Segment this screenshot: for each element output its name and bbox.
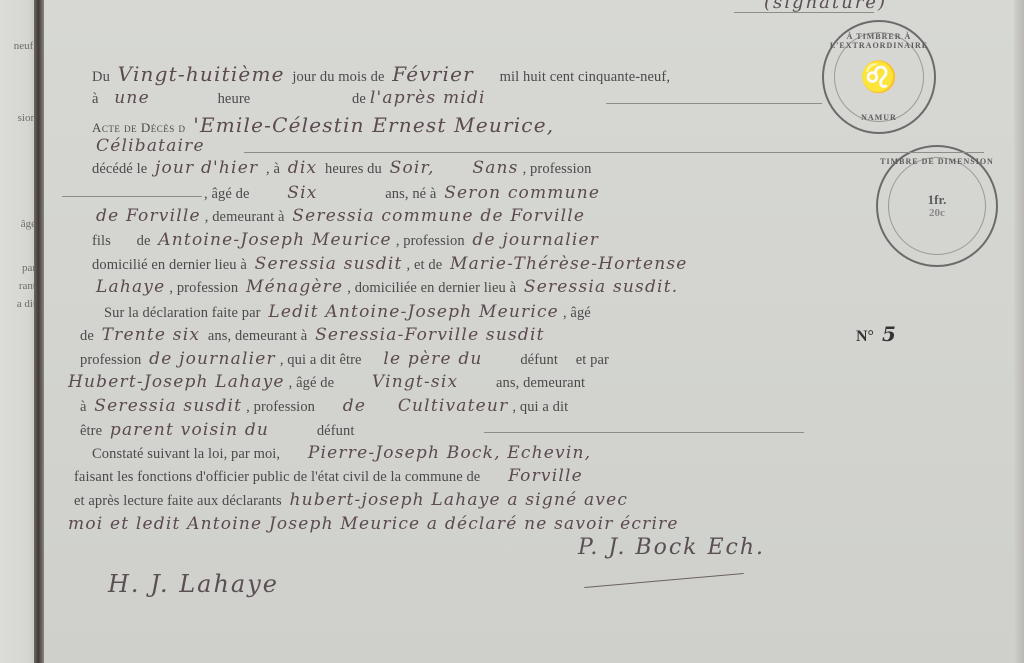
handwritten-declarant-name: Ledit Antoine-Joseph Meurice — [264, 302, 563, 322]
top-signature: (signature) — [764, 0, 887, 13]
line-officer-role: faisant les fonctions d'officier public … — [74, 466, 587, 486]
dimension-stamp: TIMBRE DE DIMENSION 1fr. 20c — [876, 145, 998, 267]
handwritten-hour: une — [110, 88, 154, 108]
handwritten-period: l'après midi — [366, 88, 490, 108]
death-certificate-page: (signature) À TIMBRER À L'EXTRAORDINAIRE… — [44, 0, 1014, 663]
line-witness: Hubert-Joseph Lahaye, âgé de Vingt-six a… — [64, 372, 585, 392]
line-time: à une heure del'après midi — [92, 88, 490, 108]
notary-stamp: À TIMBRER À L'EXTRAORDINAIRE ♌ NAMUR — [822, 20, 936, 134]
line-declarant-age: de Trente six ans, demeurant à Seressia-… — [80, 325, 549, 345]
line-status: Célibataire — [92, 136, 209, 156]
line-father-domicile: domicilié en dernier lieu à Seressia sus… — [92, 254, 692, 274]
line-mother: Lahaye, profession Ménagère, domiciliée … — [92, 277, 682, 297]
stamp-bottom-text: NAMUR — [824, 113, 934, 122]
handwritten-officer-name: Pierre-Joseph Bock, Echevin, — [304, 443, 595, 463]
line-witness-relation: être parent voisin du défunt — [80, 420, 354, 440]
handwritten-deceased-name: 'Emile-Célestin Ernest Meurice, — [189, 113, 558, 137]
handwritten-month: Février — [388, 62, 478, 86]
line-age: , âgé de Six ans, né à Seron commune — [204, 183, 604, 203]
declarant-signature: H. J. Lahaye — [108, 570, 279, 598]
book-gutter — [34, 0, 44, 663]
officer-signature: P. J. Bock Ech. — [578, 535, 765, 560]
line-declarant-profession: profession de journalier, qui a dit être… — [80, 349, 609, 369]
handwritten-status: Célibataire — [92, 136, 209, 156]
line-date: Du Vingt-huitième jour du mois de Févrie… — [92, 62, 670, 86]
certificate-number: N° 5 — [856, 322, 901, 346]
officer-signature-flourish — [584, 573, 743, 588]
line-residence: de Forville, demeurant à Seressia commun… — [92, 206, 589, 226]
stamp-ring-text: À TIMBRER À L'EXTRAORDINAIRE — [824, 32, 934, 50]
line-officer: Constaté suivant la loi, par moi, Pierre… — [92, 443, 595, 463]
line-deceased-name: Acte de Décès d 'Emile-Célestin Ernest M… — [92, 113, 558, 137]
line-declarant: Sur la déclaration faite par Ledit Antoi… — [104, 302, 591, 322]
stamp-ring-text: TIMBRE DE DIMENSION — [878, 157, 996, 166]
page-right-edge — [1014, 0, 1024, 663]
handwritten-mother-name: Marie-Thérèse-Hortense — [446, 254, 692, 274]
previous-page-edge: neuf, sion âgé par rant a dit — [0, 0, 38, 663]
handwritten-witness-name: Hubert-Joseph Lahaye — [64, 372, 289, 392]
line-father: fils de Antoine-Joseph Meurice, professi… — [92, 230, 603, 250]
prev-page-fragment: neuf, — [14, 40, 36, 52]
handwritten-day: Vingt-huitième — [114, 62, 289, 86]
line-reading: et après lecture faite aux déclarants hu… — [74, 490, 632, 510]
line-closing: moi et ledit Antoine Joseph Meurice a dé… — [64, 514, 683, 534]
line-death-time: décédé le jour d'hier , à dix heures du … — [92, 158, 591, 178]
handwritten-father-name: Antoine-Joseph Meurice — [154, 230, 396, 250]
line-witness-residence: à Seressia susdit, profession de Cultiva… — [80, 396, 568, 416]
